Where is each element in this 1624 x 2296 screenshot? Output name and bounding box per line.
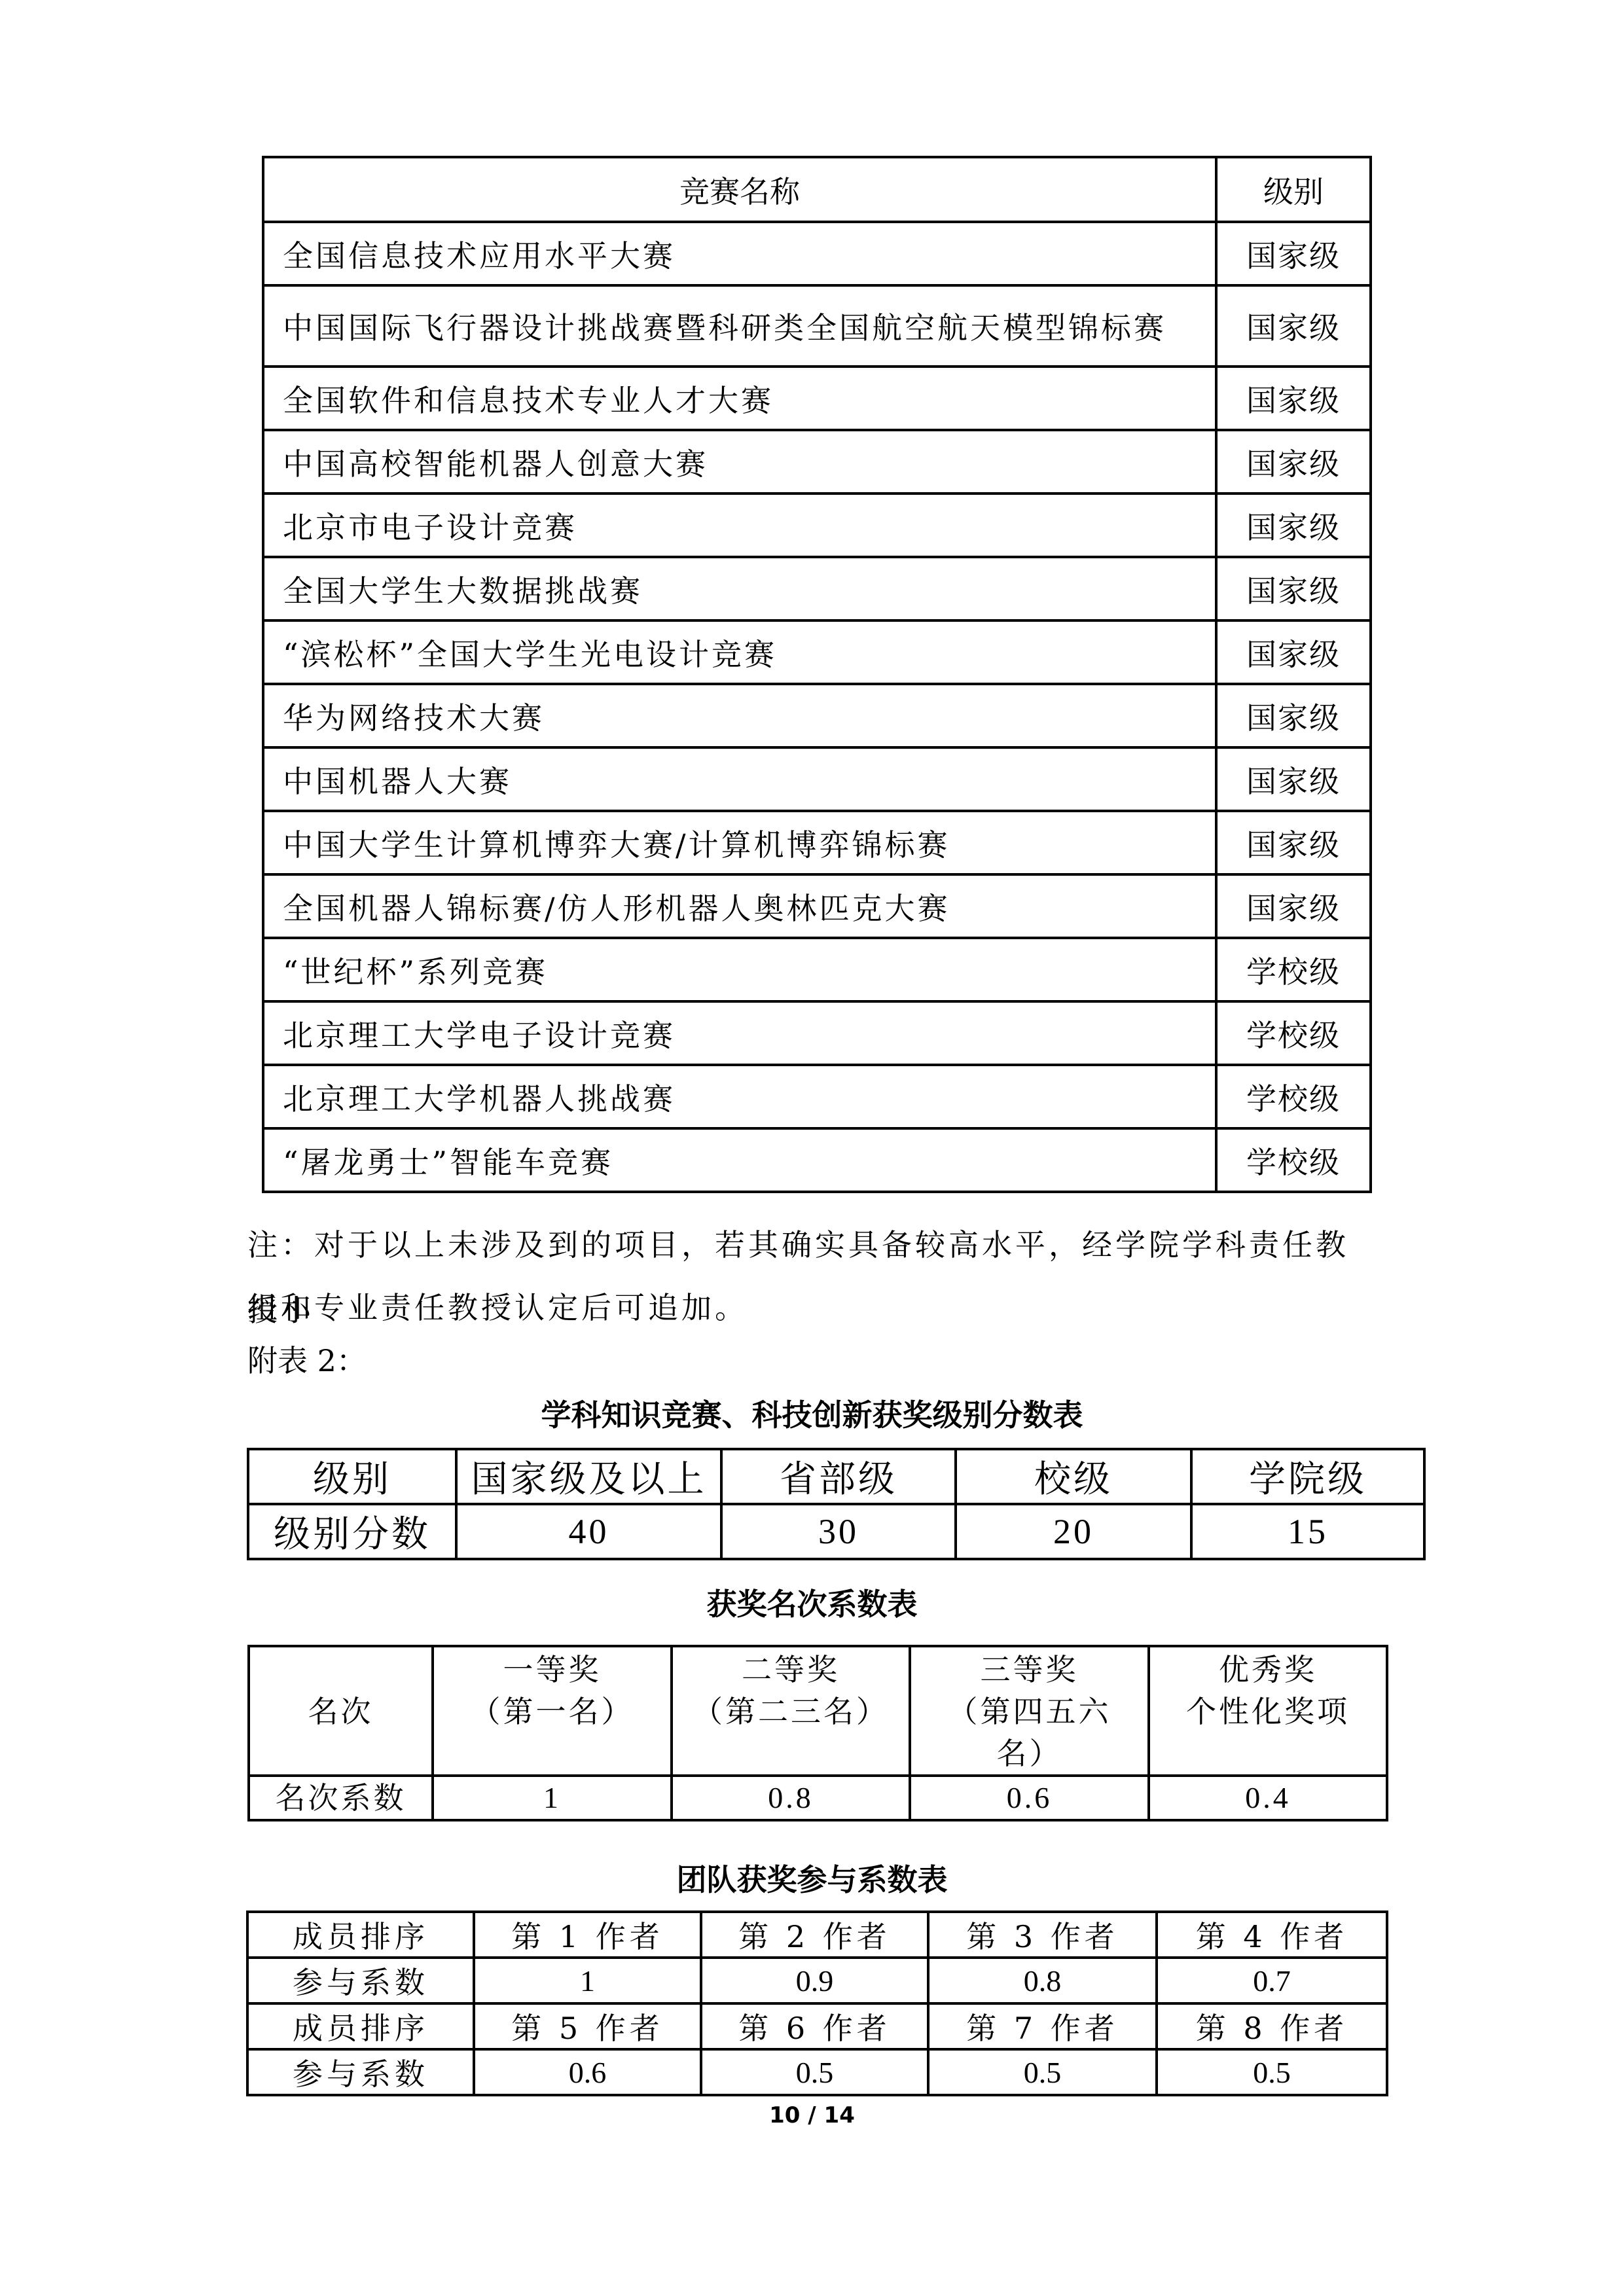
level-cell: 国家级及以上 <box>456 1449 721 1504</box>
table-header-row: 竞赛名称 级别 <box>263 157 1371 222</box>
level-cell: 学院级 <box>1191 1449 1424 1504</box>
rank-detail: （第一名） <box>434 1691 670 1732</box>
competition-level: 国家级 <box>1216 222 1371 285</box>
coefficient-cell: 0.8 <box>672 1776 910 1820</box>
table-row: 名次系数 1 0.8 0.6 0.4 <box>249 1776 1387 1820</box>
competition-level: 学校级 <box>1216 1128 1371 1192</box>
rank-detail: （第四五六名） <box>911 1691 1147 1774</box>
author-cell: 第 1 作者 <box>474 1912 701 1958</box>
rank-cell: 一等奖（第一名） <box>433 1646 672 1776</box>
author-cell: 第 5 作者 <box>474 2003 701 2049</box>
rank-title: 二等奖 <box>673 1649 909 1691</box>
row-label: 参与系数 <box>247 1958 474 2003</box>
competition-name: 华为网络技术大赛 <box>263 684 1216 747</box>
competition-level: 国家级 <box>1216 285 1371 367</box>
coefficient-cell: 0.9 <box>701 1958 928 2003</box>
competition-level: 国家级 <box>1216 811 1371 874</box>
row-label: 级别分数 <box>248 1504 456 1559</box>
rank-detail: 个性化奖项 <box>1150 1691 1386 1732</box>
competition-level: 学校级 <box>1216 1001 1371 1065</box>
author-cell: 第 7 作者 <box>928 2003 1157 2049</box>
coefficient-cell: 0.6 <box>910 1776 1149 1820</box>
note-line-2: 组和专业责任教授认定后可追加。 <box>247 1275 1373 1340</box>
competition-level-table: 竞赛名称 级别 全国信息技术应用水平大赛国家级 中国国际飞行器设计挑战赛暨科研类… <box>262 156 1372 1193</box>
coefficient-cell: 0.4 <box>1149 1776 1387 1820</box>
row-label: 名次 <box>249 1646 433 1776</box>
table-row: 级别分数 40 30 20 15 <box>248 1504 1424 1559</box>
author-cell: 第 4 作者 <box>1157 1912 1387 1958</box>
table-row: 全国机器人锦标赛/仿人形机器人奥林匹克大赛国家级 <box>263 874 1371 938</box>
rank-coefficient-table: 名次 一等奖（第一名） 二等奖（第二三名） 三等奖（第四五六名） 优秀奖个性化奖… <box>247 1645 1388 1821</box>
table-row: 华为网络技术大赛国家级 <box>263 684 1371 747</box>
author-cell: 第 2 作者 <box>701 1912 928 1958</box>
coefficient-cell: 0.8 <box>928 1958 1157 2003</box>
competition-level: 国家级 <box>1216 747 1371 811</box>
award-level-score-table: 级别 国家级及以上 省部级 校级 学院级 级别分数 40 30 20 15 <box>247 1448 1426 1560</box>
table-row: 北京市电子设计竞赛国家级 <box>263 493 1371 557</box>
author-cell: 第 3 作者 <box>928 1912 1157 1958</box>
team-participation-coefficient-table: 成员排序 第 1 作者 第 2 作者 第 3 作者 第 4 作者 参与系数 1 … <box>246 1910 1388 2096</box>
table-row: 级别 国家级及以上 省部级 校级 学院级 <box>248 1449 1424 1504</box>
competition-name: 北京理工大学电子设计竞赛 <box>263 1001 1216 1065</box>
table-row: 中国国际飞行器设计挑战赛暨科研类全国航空航天模型锦标赛国家级 <box>263 285 1371 367</box>
competition-level: 国家级 <box>1216 684 1371 747</box>
level-cell: 校级 <box>956 1449 1191 1504</box>
rank-title: 三等奖 <box>911 1649 1147 1691</box>
competition-name: “滨松杯”全国大学生光电设计竞赛 <box>263 620 1216 684</box>
rank-detail: （第二三名） <box>673 1691 909 1732</box>
competition-name: 全国软件和信息技术专业人才大赛 <box>263 367 1216 430</box>
competition-name: “世纪杯”系列竞赛 <box>263 938 1216 1001</box>
competition-level: 学校级 <box>1216 1065 1371 1128</box>
competition-name: “屠龙勇士”智能车竞赛 <box>263 1128 1216 1192</box>
header-competition-name: 竞赛名称 <box>263 157 1216 222</box>
coefficient-cell: 0.5 <box>928 2049 1157 2095</box>
coefficient-cell: 1 <box>474 1958 701 2003</box>
row-label: 参与系数 <box>247 2049 474 2095</box>
competition-level: 国家级 <box>1216 620 1371 684</box>
table4-title: 团队获奖参与系数表 <box>0 1856 1624 1899</box>
competition-level: 国家级 <box>1216 493 1371 557</box>
table-row: 中国机器人大赛国家级 <box>263 747 1371 811</box>
competition-level: 国家级 <box>1216 557 1371 620</box>
coefficient-cell: 0.7 <box>1157 1958 1387 2003</box>
author-cell: 第 8 作者 <box>1157 2003 1387 2049</box>
competition-level: 国家级 <box>1216 874 1371 938</box>
table-row: 北京理工大学机器人挑战赛学校级 <box>263 1065 1371 1128</box>
competition-name: 全国信息技术应用水平大赛 <box>263 222 1216 285</box>
table-row: 全国信息技术应用水平大赛国家级 <box>263 222 1371 285</box>
header-level: 级别 <box>1216 157 1371 222</box>
rank-cell: 二等奖（第二三名） <box>672 1646 910 1776</box>
table-row: “屠龙勇士”智能车竞赛学校级 <box>263 1128 1371 1192</box>
coefficient-cell: 0.5 <box>1157 2049 1387 2095</box>
table3-title: 获奖名次系数表 <box>0 1581 1624 1624</box>
competition-level: 学校级 <box>1216 938 1371 1001</box>
page-number: 10 / 14 <box>0 2102 1624 2128</box>
table-row: 中国高校智能机器人创意大赛国家级 <box>263 430 1371 493</box>
appendix-label: 附表 2： <box>247 1337 367 1380</box>
score-cell: 30 <box>721 1504 956 1559</box>
table-row: 北京理工大学电子设计竞赛学校级 <box>263 1001 1371 1065</box>
competition-name: 中国大学生计算机博弈大赛/计算机博弈锦标赛 <box>263 811 1216 874</box>
table2-title: 学科知识竞赛、科技创新获奖级别分数表 <box>0 1391 1624 1435</box>
competition-name: 中国国际飞行器设计挑战赛暨科研类全国航空航天模型锦标赛 <box>263 285 1216 367</box>
table-row: 名次 一等奖（第一名） 二等奖（第二三名） 三等奖（第四五六名） 优秀奖个性化奖… <box>249 1646 1387 1776</box>
competition-level: 国家级 <box>1216 367 1371 430</box>
table-row: “滨松杯”全国大学生光电设计竞赛国家级 <box>263 620 1371 684</box>
table-row: 成员排序 第 5 作者 第 6 作者 第 7 作者 第 8 作者 <box>247 2003 1387 2049</box>
score-cell: 15 <box>1191 1504 1424 1559</box>
score-cell: 40 <box>456 1504 721 1559</box>
author-cell: 第 6 作者 <box>701 2003 928 2049</box>
table-row: 全国软件和信息技术专业人才大赛国家级 <box>263 367 1371 430</box>
row-label: 成员排序 <box>247 1912 474 1958</box>
competition-level: 国家级 <box>1216 430 1371 493</box>
coefficient-cell: 0.6 <box>474 2049 701 2095</box>
table-row: 参与系数 0.6 0.5 0.5 0.5 <box>247 2049 1387 2095</box>
table-row: 成员排序 第 1 作者 第 2 作者 第 3 作者 第 4 作者 <box>247 1912 1387 1958</box>
competition-name: 中国高校智能机器人创意大赛 <box>263 430 1216 493</box>
row-label: 级别 <box>248 1449 456 1504</box>
competition-name: 中国机器人大赛 <box>263 747 1216 811</box>
table-row: 全国大学生大数据挑战赛国家级 <box>263 557 1371 620</box>
competition-name: 全国大学生大数据挑战赛 <box>263 557 1216 620</box>
level-cell: 省部级 <box>721 1449 956 1504</box>
rank-title: 一等奖 <box>434 1649 670 1691</box>
competition-name: 北京理工大学机器人挑战赛 <box>263 1065 1216 1128</box>
score-cell: 20 <box>956 1504 1191 1559</box>
coefficient-cell: 0.5 <box>701 2049 928 2095</box>
rank-cell: 优秀奖个性化奖项 <box>1149 1646 1387 1776</box>
table-row: 参与系数 1 0.9 0.8 0.7 <box>247 1958 1387 2003</box>
competition-name: 北京市电子设计竞赛 <box>263 493 1216 557</box>
table-row: 中国大学生计算机博弈大赛/计算机博弈锦标赛国家级 <box>263 811 1371 874</box>
rank-cell: 三等奖（第四五六名） <box>910 1646 1149 1776</box>
row-label: 成员排序 <box>247 2003 474 2049</box>
coefficient-cell: 1 <box>433 1776 672 1820</box>
competition-name: 全国机器人锦标赛/仿人形机器人奥林匹克大赛 <box>263 874 1216 938</box>
table-row: “世纪杯”系列竞赛学校级 <box>263 938 1371 1001</box>
rank-title: 优秀奖 <box>1150 1649 1386 1691</box>
row-label: 名次系数 <box>249 1776 433 1820</box>
